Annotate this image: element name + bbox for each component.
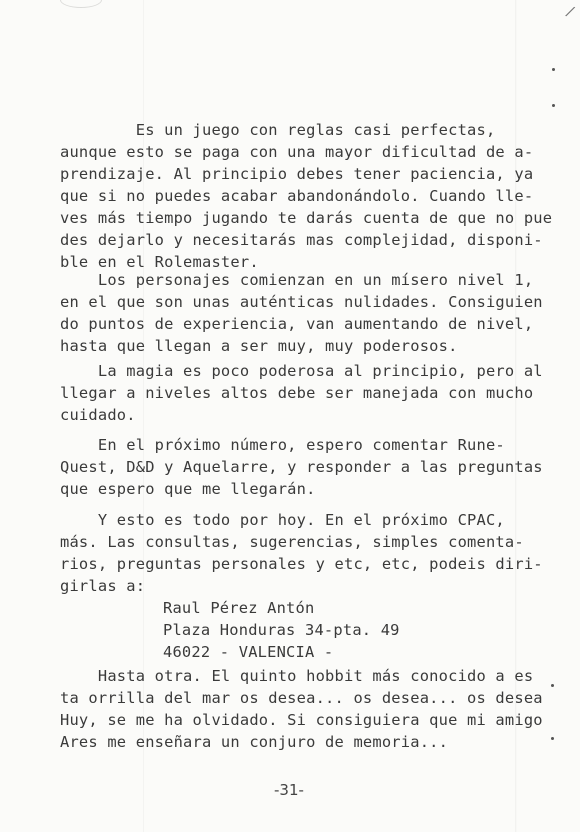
text-line: más. Las consultas, sugerencias, simples… xyxy=(60,533,524,551)
text-line: ta orrilla del mar os desea... os desea.… xyxy=(60,689,543,707)
text-line: Hasta otra. El quinto hobbit más conocid… xyxy=(60,667,533,685)
text-line: aunque esto se paga con una mayor dificu… xyxy=(60,143,533,161)
text-line: ble en el Rolemaster. xyxy=(60,253,259,271)
address-city: 46022 - VALENCIA - xyxy=(163,643,333,661)
address-street: Plaza Honduras 34-pta. 49 xyxy=(163,621,400,639)
text-line: girlas a: xyxy=(60,577,145,595)
text-line: cuidado. xyxy=(60,406,136,424)
text-line: que espero que me llegarán. xyxy=(60,480,316,498)
speck xyxy=(552,104,555,107)
text-line: Huy, se me ha olvidado. Si consiguiera q… xyxy=(60,711,543,729)
text-line: en el que son unas auténticas nulidades.… xyxy=(60,293,543,311)
pen-mark: / xyxy=(564,3,577,21)
speck xyxy=(551,684,554,687)
stain-mark xyxy=(60,0,102,8)
text-line: ves más tiempo jugando te darás cuenta d… xyxy=(60,209,552,227)
text-line: prendizaje. Al principio debes tener pac… xyxy=(60,165,533,183)
text-line: do puntos de experiencia, van aumentando… xyxy=(60,315,533,333)
scanned-page: / Es un juego con reglas casi perfectas,… xyxy=(0,0,580,832)
text-line: rios, preguntas personales y etc, etc, p… xyxy=(60,555,543,573)
speck xyxy=(551,737,554,740)
page-number: -31- xyxy=(274,781,304,799)
text-line: hasta que llegan a ser muy, muy poderoso… xyxy=(60,337,458,355)
text-line: En el próximo número, espero comentar Ru… xyxy=(60,436,505,454)
speck xyxy=(552,68,555,71)
text-line: llegar a niveles altos debe ser manejada… xyxy=(60,384,533,402)
text-line: Los personajes comienzan en un mísero ni… xyxy=(60,271,533,289)
text-line: des dejarlo y necesitarás mas complejida… xyxy=(60,231,543,249)
text-line: Ares me enseñara un conjuro de memoria..… xyxy=(60,733,448,751)
text-line: Y esto es todo por hoy. En el próximo CP… xyxy=(60,511,505,529)
text-line: Es un juego con reglas casi perfectas, xyxy=(60,121,495,139)
paper-fold xyxy=(515,0,517,832)
text-line: que si no puedes acabar abandonándolo. C… xyxy=(60,187,533,205)
address-name: Raul Pérez Antón xyxy=(163,599,314,617)
text-line: La magia es poco poderosa al principio, … xyxy=(60,362,543,380)
text-line: Quest, D&D y Aquelarre, y responder a la… xyxy=(60,458,543,476)
